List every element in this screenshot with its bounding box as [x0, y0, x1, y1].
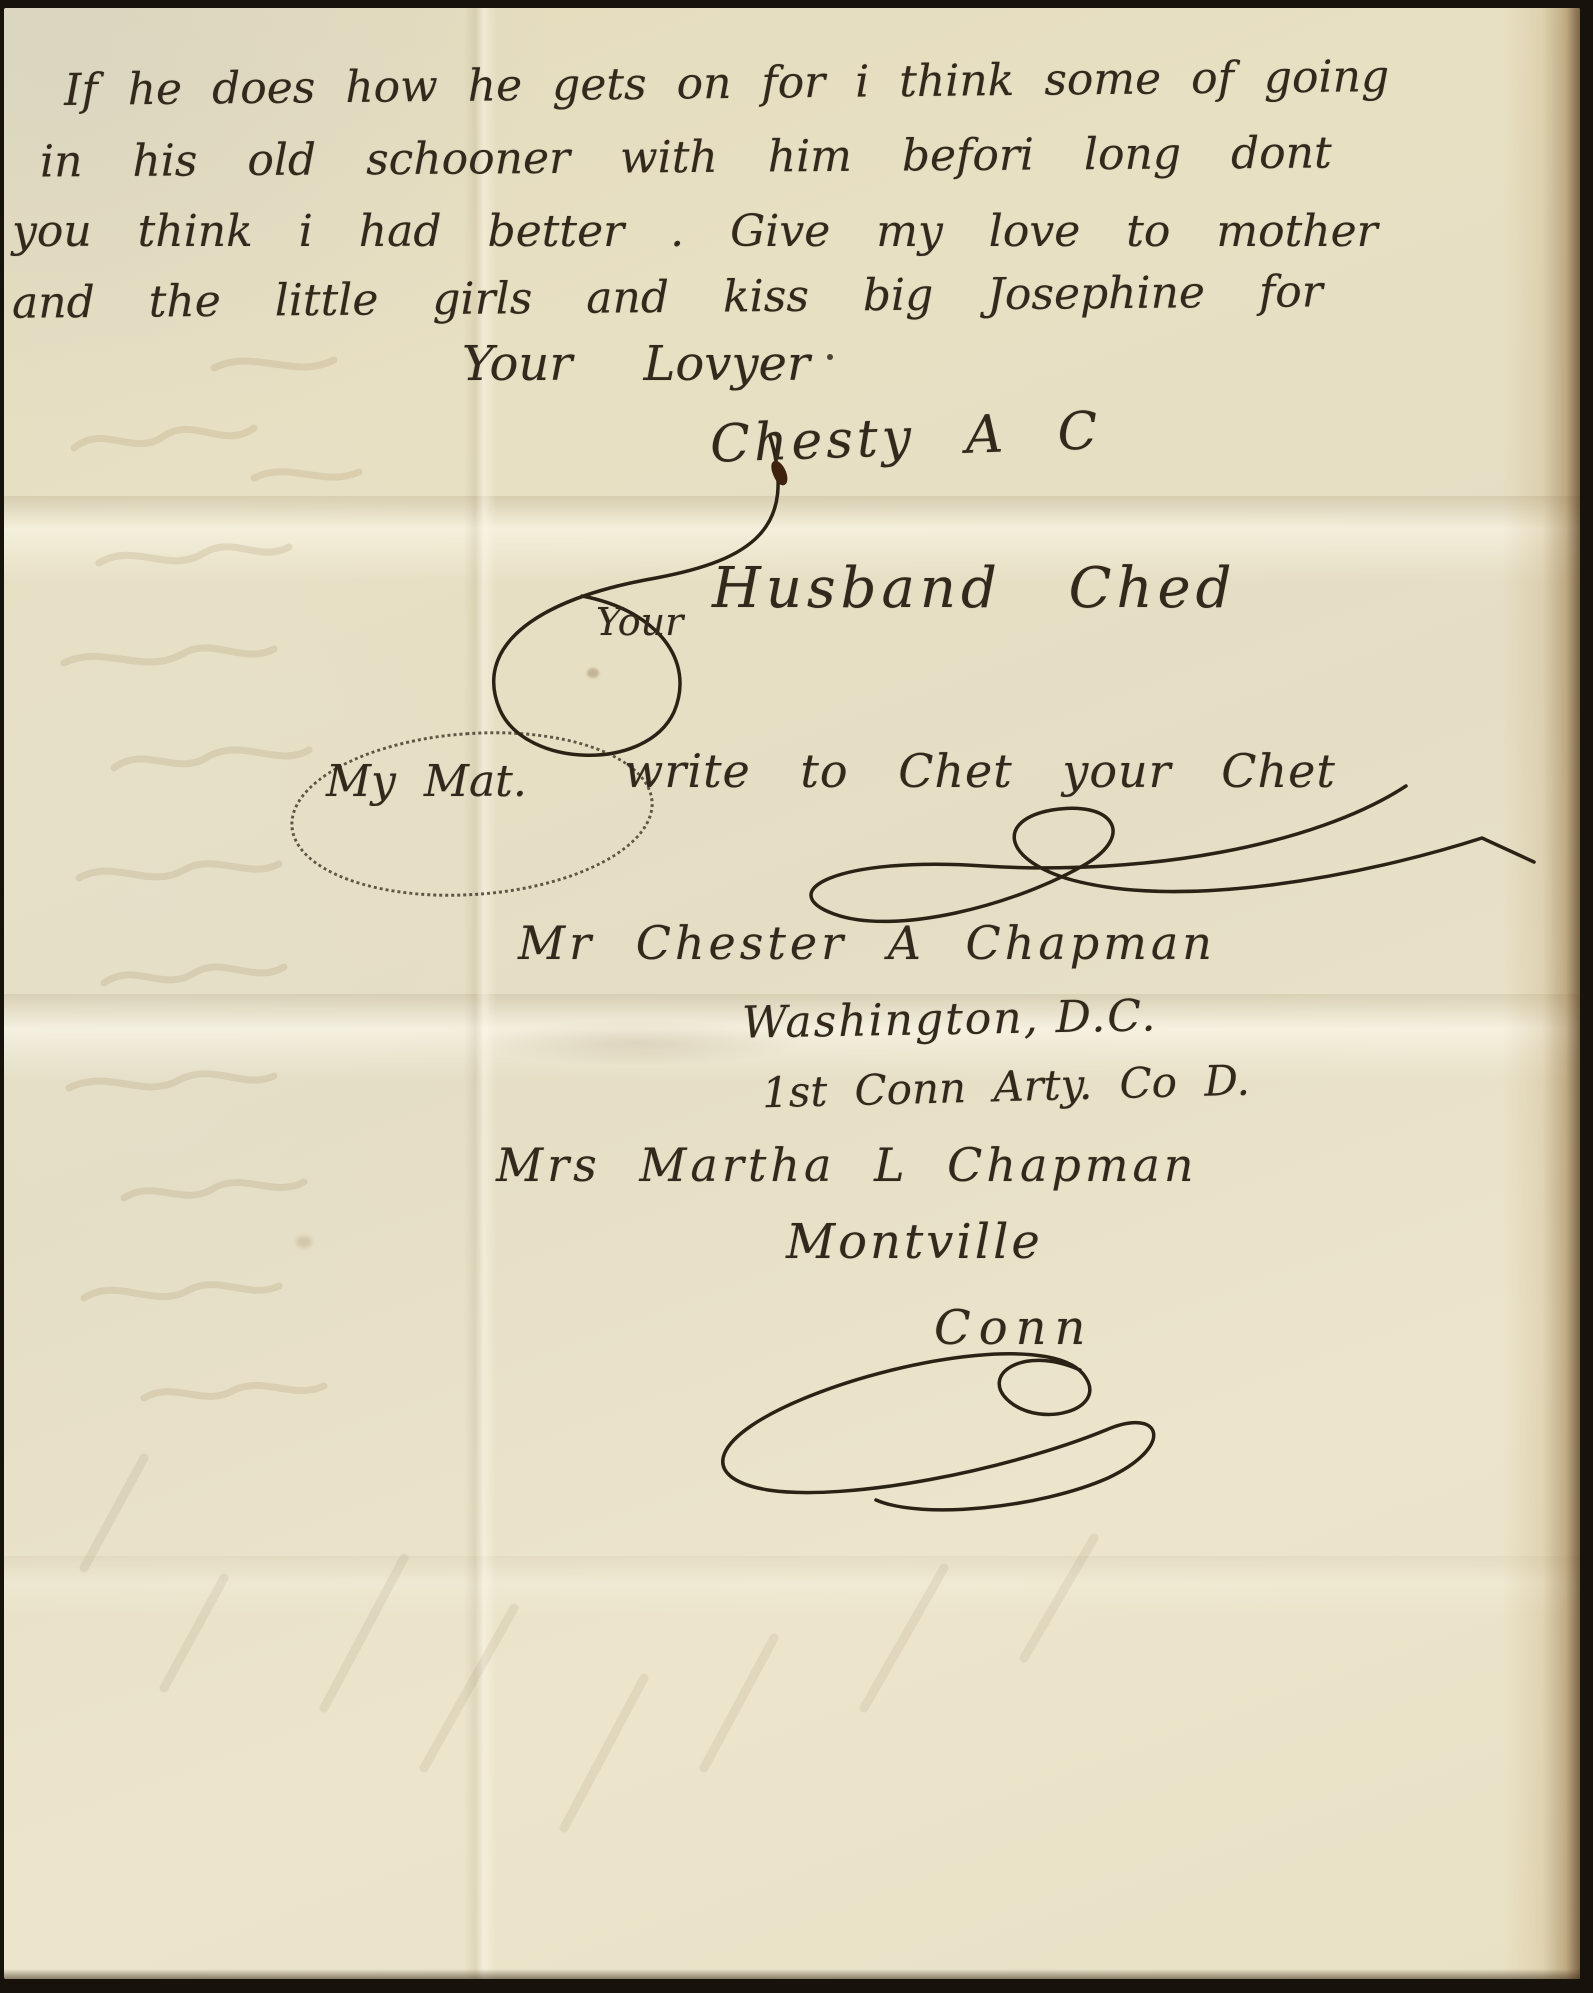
body-line: you think i had better . Give my love to… — [12, 206, 1378, 257]
postscript-text: write to Chet your Chet — [624, 744, 1336, 798]
stain-speck-icon — [587, 668, 599, 678]
closing-flourish — [723, 1354, 1154, 1510]
ink-dot-icon — [827, 354, 833, 360]
address-town: Montville — [786, 1214, 1043, 1270]
valediction: Your Lovyer — [462, 336, 810, 392]
postscript-salutation: My Mat. — [326, 756, 527, 807]
address-recipient: Mr Chester A Chapman — [518, 916, 1216, 970]
signature-prefix: Your — [596, 600, 683, 644]
stain-speck-icon — [296, 1236, 312, 1248]
scanned-letter-page: { "document_type": "handwritten-letter-s… — [0, 0, 1593, 1993]
letter-paper: If he does how he gets on for i think so… — [4, 8, 1580, 1979]
body-line: in his old schooner with him befori long… — [40, 127, 1332, 187]
postscript-flourish — [811, 786, 1534, 921]
signature-name: Husband Ched — [712, 556, 1237, 621]
address-city: Washington, D.C. — [742, 990, 1158, 1048]
address-state: Conn — [934, 1300, 1093, 1356]
address-sender: Mrs Martha L Chapman — [496, 1138, 1198, 1192]
